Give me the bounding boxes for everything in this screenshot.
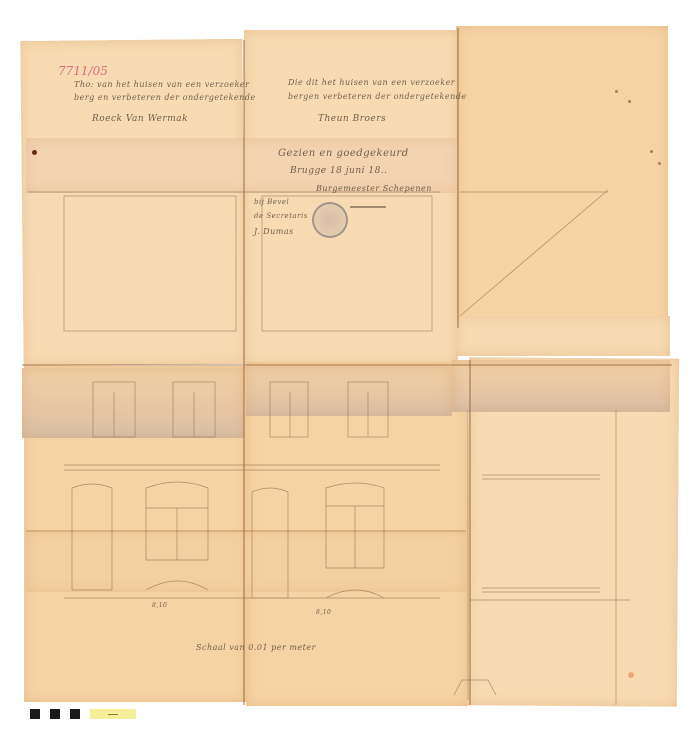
approval-left-line2: de Secretaris [254, 212, 308, 220]
annotation-top-left-signature: Roeck Van Wermak [92, 114, 188, 124]
approval-left-signature: J. Dumas [254, 227, 294, 236]
stain [658, 162, 661, 165]
approval-line2: Brugge 18 juni 18.. [290, 166, 388, 176]
scale-mark-left: 8,10 [152, 602, 167, 609]
calibration-bar [90, 709, 136, 719]
approval-right-signature [350, 198, 386, 208]
calibration-block [70, 709, 80, 719]
seal-stamp [312, 202, 348, 238]
annotation-top-center-signature: Theun Broers [318, 114, 386, 124]
inventory-number: 7711/05 [58, 64, 108, 78]
approval-left-line1: bij Bevel [254, 198, 289, 206]
stain [615, 90, 618, 93]
color-calibration-strip [30, 709, 136, 719]
stain [628, 672, 634, 678]
annotation-top-center-line2: bergen verbeteren der ondergetekende [288, 92, 467, 101]
stain [628, 100, 631, 103]
scale-caption: Schaal van 0.01 per meter [196, 643, 316, 652]
calibration-block [30, 709, 40, 719]
stain [32, 150, 37, 155]
scale-mark-right: 8,10 [316, 609, 331, 616]
approval-line3: Burgemeester Schepenen [316, 184, 432, 193]
annotation-top-left-line2: berg en verbeteren der ondergetekende [74, 93, 256, 102]
annotation-top-left-line1: Tho: van het huisen van een verzoeker [74, 80, 249, 89]
scanned-document: 7711/05 Tho: van het huisen van een verz… [0, 0, 700, 734]
approval-line1: Gezien en goedgekeurd [278, 148, 409, 159]
stain [650, 150, 653, 153]
calibration-block [50, 709, 60, 719]
annotation-top-center-line1: Die dit het huisen van een verzoeker [288, 78, 455, 87]
elevation-drawing [0, 0, 700, 734]
